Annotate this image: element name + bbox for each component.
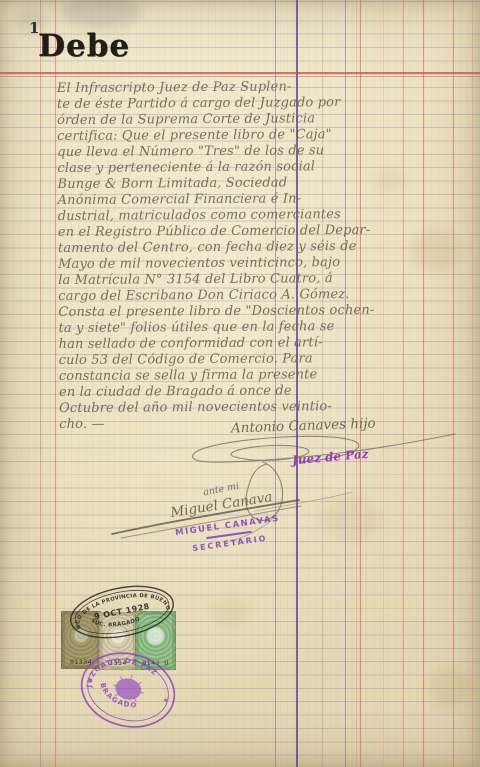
court-oval-stamp: JUZGADO DE PAZ BRAGADO bbox=[0, 0, 480, 767]
court-stamp-dot-right bbox=[164, 698, 167, 701]
ledger-page: 1 Debe El Infrascripto Juez de Paz Suple… bbox=[0, 0, 480, 767]
